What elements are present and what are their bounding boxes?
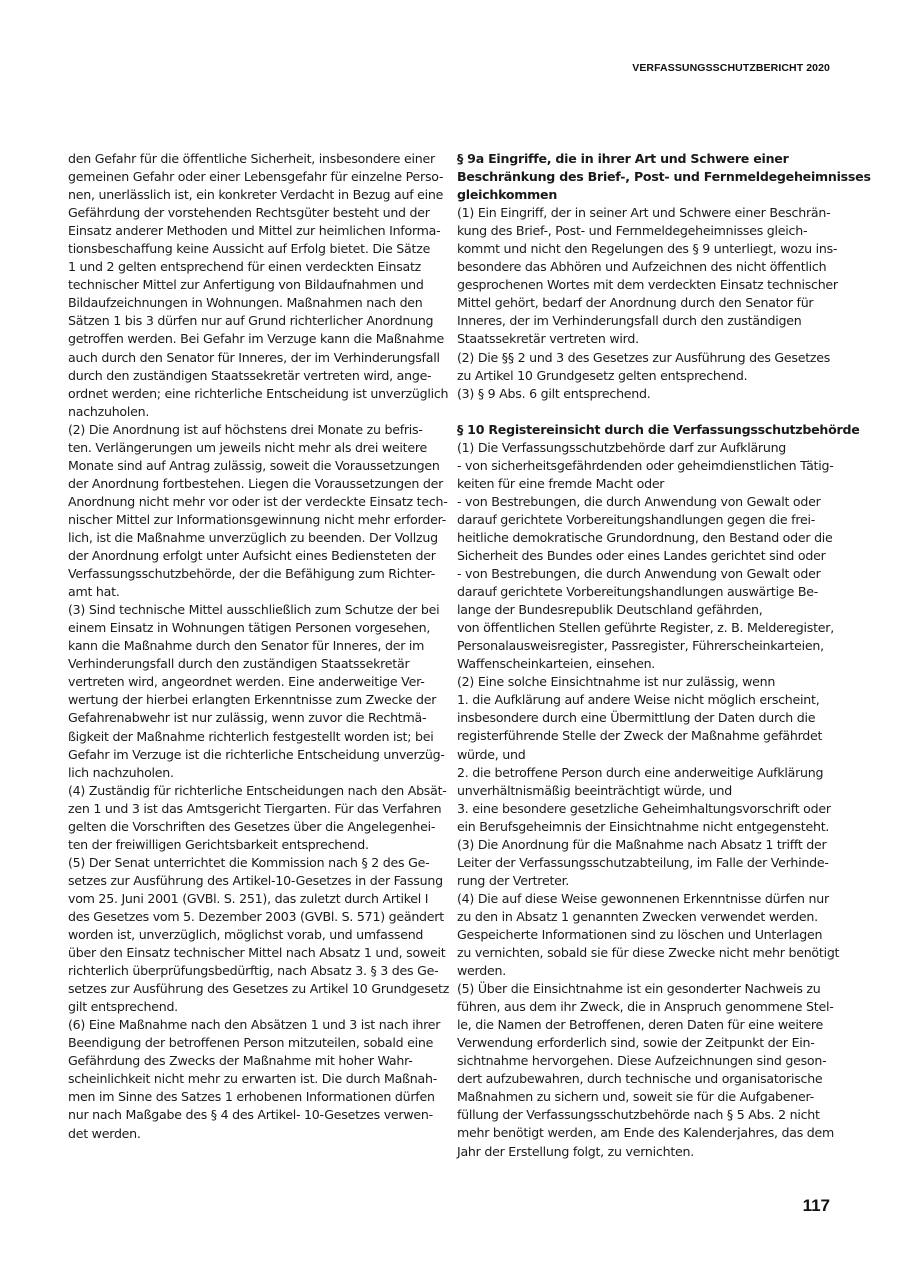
text-line: ten der freiwilligen Gerichtsbarkeit ent… [68,836,446,854]
text-line: Gefährdung des Zwecks der Maßnahme mit h… [68,1052,446,1070]
text-line: Gefahrenabwehr ist nur zulässig, wenn zu… [68,709,446,727]
text-line: 1. die Aufklärung auf andere Weise nicht… [457,691,835,709]
text-line: darauf gerichtete Vorbereitungshandlunge… [457,583,835,601]
text-line: dert aufzubewahren, durch technische und… [457,1070,835,1088]
text-line: Verfassungsschutzbehörde, der die Befähi… [68,565,446,583]
text-line: amt hat. [68,583,446,601]
text-line: vertreten wird, angeordnet werden. Eine … [68,673,446,691]
section-10-heading: § 10 Registereinsicht durch die Verfassu… [457,421,835,439]
text-line: (3) Sind technische Mittel ausschließlic… [68,601,446,619]
left-column: den Gefahr für die öffentliche Sicherhei… [68,150,446,1143]
text-line: besondere das Abhören und Aufzeichnen de… [457,258,835,276]
text-line: vom 25. Juni 2001 (GVBl. S. 251), das zu… [68,890,446,908]
text-line: Beendigung der betroffenen Person mitzut… [68,1034,446,1052]
text-line: ordnet werden; eine richterliche Entsche… [68,385,446,403]
text-line: nischer Mittel zur Informationsgewinnung… [68,511,446,529]
text-line: Verhinderungsfall durch den zuständigen … [68,655,446,673]
text-line: setzes zur Ausführung des Gesetzes zu Ar… [68,980,446,998]
text-line: le, die Namen der Betroffenen, deren Dat… [457,1016,835,1034]
text-line: heitliche demokratische Grundordnung, de… [457,529,835,547]
text-line: Leiter der Verfassungsschutzabteilung, i… [457,854,835,872]
text-line: 3. eine besondere gesetzliche Geheimhalt… [457,800,835,818]
text-line: einem Einsatz in Wohnungen tätigen Perso… [68,619,446,637]
text-line: Personalausweisregister, Passregister, F… [457,637,835,655]
text-line: - von sicherheitsgefährdenden oder gehei… [457,457,835,475]
text-line: (1) Ein Eingriff, der in seiner Art und … [457,204,835,222]
text-line: würde, und [457,746,835,764]
text-line: (2) Die Anordnung ist auf höchstens drei… [68,421,446,439]
right-column: § 9a Eingriffe, die in ihrer Art und Sch… [457,150,835,1161]
text-line: zu Artikel 10 Grundgesetz gelten entspre… [457,367,835,385]
section-spacer [457,403,835,421]
text-line: gesprochenen Wortes mit dem verdeckten E… [457,276,835,294]
text-line: Sicherheit des Bundes oder eines Landes … [457,547,835,565]
section-10: § 10 Registereinsicht durch die Verfassu… [457,421,835,1161]
text-line: auch durch den Senator für Inneres, der … [68,349,446,367]
text-line: lange der Bundesrepublik Deutschland gef… [457,601,835,619]
text-line: der Anordnung erfolgt unter Aufsicht ein… [68,547,446,565]
text-line: Monate sind auf Antrag zulässig, soweit … [68,457,446,475]
text-line: Einsatz anderer Methoden und Mittel zur … [68,222,446,240]
text-line: nur nach Maßgabe des § 4 des Artikel- 10… [68,1106,446,1124]
section-9a-heading: § 9a Eingriffe, die in ihrer Art und Sch… [457,150,835,204]
text-line: ein Berufsgeheimnis der Einsichtnahme ni… [457,818,835,836]
text-line: nen, unerlässlich ist, ein konkreter Ver… [68,186,446,204]
text-line: sichtnahme hervorgehen. Diese Aufzeichnu… [457,1052,835,1070]
text-line: Inneres, der im Verhinderungsfall durch … [457,312,835,330]
heading-line: § 10 Registereinsicht durch die Verfassu… [457,421,835,439]
text-line: technischer Mittel zur Anfertigung von B… [68,276,446,294]
text-line: (3) § 9 Abs. 6 gilt entsprechend. [457,385,835,403]
text-line: insbesondere durch eine Übermittlung der… [457,709,835,727]
text-line: Bildaufzeichnungen in Wohnungen. Maßnahm… [68,294,446,312]
text-line: tionsbeschaffung keine Aussicht auf Erfo… [68,240,446,258]
text-line: Maßnahmen zu sichern und, soweit sie für… [457,1088,835,1106]
text-line: Gefährdung der vorstehenden Rechtsgüter … [68,204,446,222]
text-line: lich, ist die Maßnahme unverzüglich zu b… [68,529,446,547]
text-line: kommt und nicht den Regelungen des § 9 u… [457,240,835,258]
text-line: (6) Eine Maßnahme nach den Absätzen 1 un… [68,1016,446,1034]
text-line: registerführende Stelle der Zweck der Ma… [457,727,835,745]
text-line: gemeinen Gefahr oder einer Lebensgefahr … [68,168,446,186]
text-line: wertung der hierbei erlangten Erkenntnis… [68,691,446,709]
text-line: - von Bestrebungen, die durch Anwendung … [457,565,835,583]
text-line: zu vernichten, sobald sie für diese Zwec… [457,944,835,962]
text-line: (5) Der Senat unterrichtet die Kommissio… [68,854,446,872]
text-line: setzes zur Ausführung des Artikel-10-Ges… [68,872,446,890]
heading-line: § 9a Eingriffe, die in ihrer Art und Sch… [457,150,835,168]
text-line: 2. die betroffene Person durch eine ande… [457,764,835,782]
text-line: durch den zuständigen Staatssekretär ver… [68,367,446,385]
heading-line: gleichkommen [457,186,835,204]
text-line: füllung der Verfassungsschutzbehörde nac… [457,1106,835,1124]
text-line: über den Einsatz technischer Mittel nach… [68,944,446,962]
text-line: lich nachzuholen. [68,764,446,782]
text-line: der Anordnung fortbestehen. Liegen die V… [68,475,446,493]
running-header: VERFASSUNGSSCHUTZBERICHT 2020 [632,62,830,74]
section-10-body: (1) Die Verfassungsschutzbehörde darf zu… [457,439,835,1161]
text-line: Jahr der Erstellung folgt, zu vernichten… [457,1143,835,1161]
text-line: führen, aus dem ihr Zweck, die in Anspru… [457,998,835,1016]
text-line: rung der Vertreter. [457,872,835,890]
text-line: getroffen werden. Bei Gefahr im Verzuge … [68,330,446,348]
text-line: werden. [457,962,835,980]
text-line: (2) Eine solche Einsichtnahme ist nur zu… [457,673,835,691]
text-line: (5) Über die Einsichtnahme ist ein geson… [457,980,835,998]
text-line: ten. Verlängerungen um jeweils nicht meh… [68,439,446,457]
text-line: Sätzen 1 bis 3 dürfen nur auf Grund rich… [68,312,446,330]
text-line: (1) Die Verfassungsschutzbehörde darf zu… [457,439,835,457]
text-line: keiten für eine fremde Macht oder [457,475,835,493]
text-line: Staatssekretär vertreten wird. [457,330,835,348]
text-line: von öffentlichen Stellen geführte Regist… [457,619,835,637]
text-line: darauf gerichtete Vorbereitungshandlunge… [457,511,835,529]
text-line: den Gefahr für die öffentliche Sicherhei… [68,150,446,168]
text-line: (3) Die Anordnung für die Maßnahme nach … [457,836,835,854]
text-line: worden ist, unverzüglich, möglichst vora… [68,926,446,944]
text-line: 1 und 2 gelten entsprechend für einen ve… [68,258,446,276]
text-line: kung des Brief-, Post- und Fernmeldegehe… [457,222,835,240]
page-number: 117 [803,1196,830,1216]
text-line: zen 1 und 3 ist das Amtsgericht Tiergart… [68,800,446,818]
text-line: unverhältnismäßig beeinträchtigt würde, … [457,782,835,800]
text-line: det werden. [68,1125,446,1143]
text-line: Gefahr im Verzuge ist die richterliche E… [68,746,446,764]
section-9a: § 9a Eingriffe, die in ihrer Art und Sch… [457,150,835,403]
text-line: Gespeicherte Informationen sind zu lösch… [457,926,835,944]
text-line: Mittel gehört, bedarf der Anordnung durc… [457,294,835,312]
text-line: (2) Die §§ 2 und 3 des Gesetzes zur Ausf… [457,349,835,367]
section-9a-body: (1) Ein Eingriff, der in seiner Art und … [457,204,835,403]
text-line: zu den in Absatz 1 genannten Zwecken ver… [457,908,835,926]
text-line: Verwendung erforderlich sind, sowie der … [457,1034,835,1052]
text-line: kann die Maßnahme durch den Senator für … [68,637,446,655]
text-line: gilt entsprechend. [68,998,446,1016]
text-line: Anordnung nicht mehr vor oder ist der ve… [68,493,446,511]
text-line: (4) Zuständig für richterliche Entscheid… [68,782,446,800]
text-line: richterlich überprüfungsbedürftig, nach … [68,962,446,980]
text-line: (4) Die auf diese Weise gewonnenen Erken… [457,890,835,908]
text-line: gelten die Vorschriften des Gesetzes übe… [68,818,446,836]
heading-line: Beschränkung des Brief-, Post- und Fernm… [457,168,835,186]
text-line: ßigkeit der Maßnahme richterlich festges… [68,728,446,746]
text-line: mehr benötigt werden, am Ende des Kalend… [457,1124,835,1142]
text-line: nachzuholen. [68,403,446,421]
text-line: - von Bestrebungen, die durch Anwendung … [457,493,835,511]
text-line: Waffenscheinkarteien, einsehen. [457,655,835,673]
text-line: scheinlichkeit nicht mehr zu erwarten is… [68,1070,446,1088]
text-line: men im Sinne des Satzes 1 erhobenen Info… [68,1088,446,1106]
text-line: des Gesetzes vom 5. Dezember 2003 (GVBl.… [68,908,446,926]
